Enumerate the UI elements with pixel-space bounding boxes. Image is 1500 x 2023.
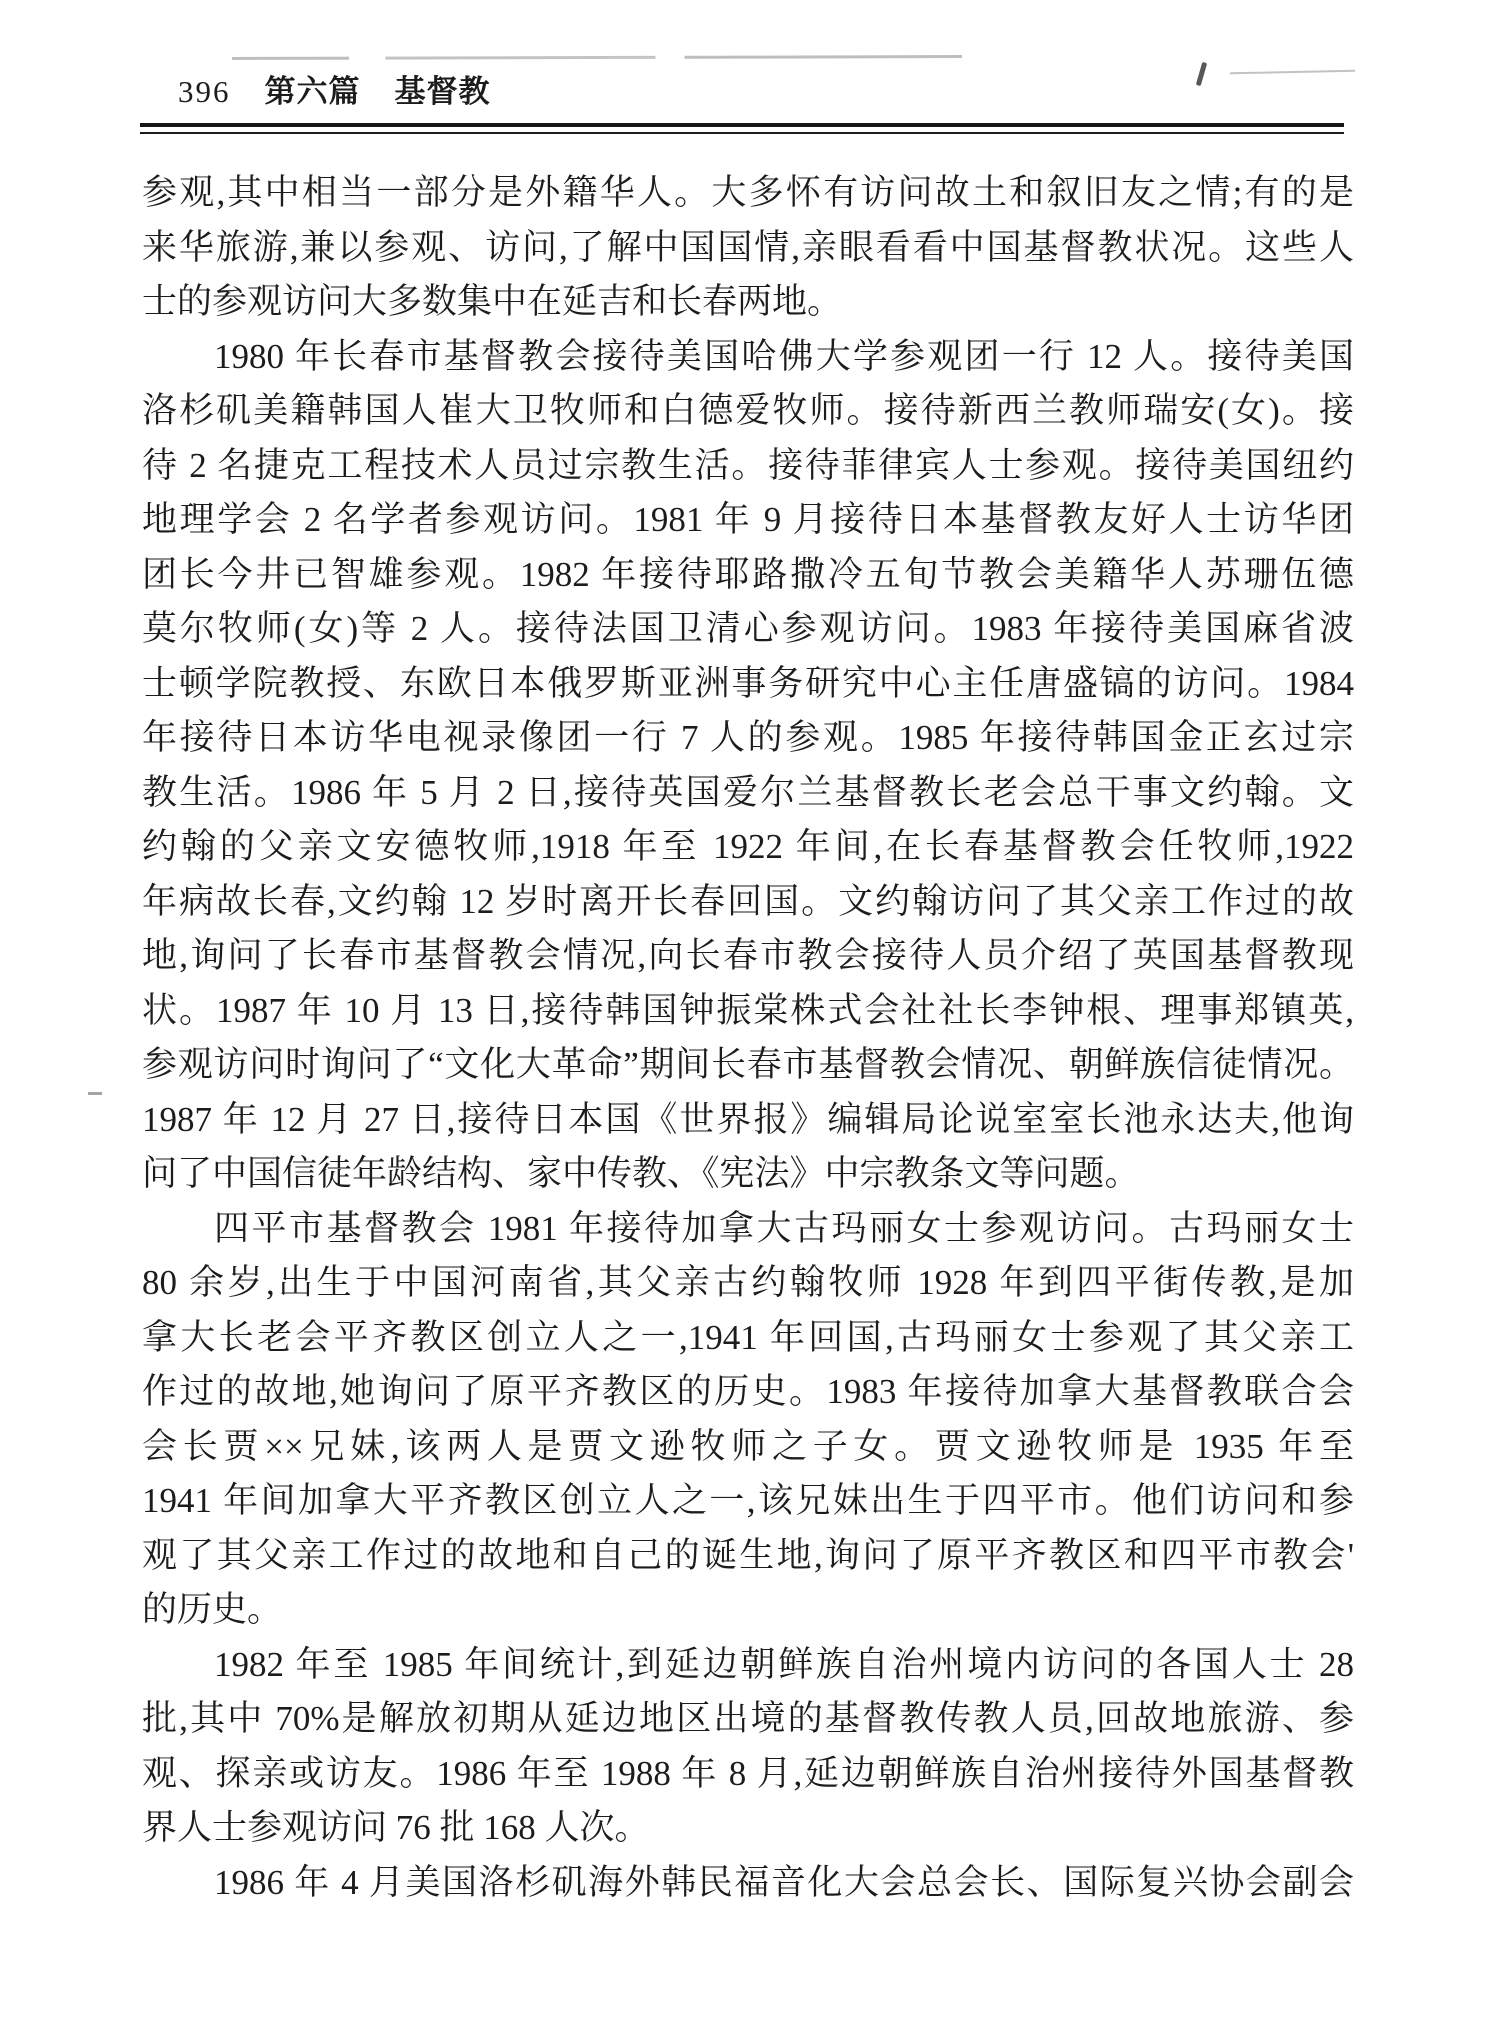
text-line: 年病故长春,文约翰 12 岁时离开长春回国。文约翰访问了其父亲工作过的故 bbox=[142, 875, 1354, 930]
text-line: 会长贾××兄妹,该两人是贾文逊牧师之子女。贾文逊牧师是 1935 年至 bbox=[142, 1420, 1354, 1475]
body-text: 参观,其中相当一部分是外籍华人。大多怀有访问故土和叙旧友之情;有的是来华旅游,兼… bbox=[142, 166, 1354, 1910]
text-line: 观了其父亲工作过的故地和自己的诞生地,询问了原平齐教区和四平市教会' bbox=[142, 1529, 1354, 1584]
text-line: 地理学会 2 名学者参观访问。1981 年 9 月接待日本基督教友好人士访华团 bbox=[142, 493, 1354, 548]
scan-artifact-line bbox=[1230, 70, 1355, 75]
running-header: 396 第六篇 基督教 bbox=[178, 74, 491, 110]
text-line: 作过的故地,她询问了原平齐教区的历史。1983 年接待加拿大基督教联合会 bbox=[142, 1365, 1354, 1420]
text-line: 参观,其中相当一部分是外籍华人。大多怀有访问故土和叙旧友之情;有的是 bbox=[142, 166, 1354, 221]
text-line: 1987 年 12 月 27 日,接待日本国《世界报》编辑局论说室室长池永达夫,… bbox=[142, 1093, 1354, 1148]
scan-artifact-line bbox=[232, 55, 962, 60]
text-line: 的历史。 bbox=[142, 1583, 1354, 1638]
scan-artifact-mark bbox=[1196, 62, 1207, 86]
header-rule bbox=[140, 123, 1344, 134]
text-line: 莫尔牧师(女)等 2 人。接待法国卫清心参观访问。1983 年接待美国麻省波 bbox=[142, 602, 1354, 657]
book-page: 396 第六篇 基督教 参观,其中相当一部分是外籍华人。大多怀有访问故土和叙旧友… bbox=[0, 0, 1500, 2023]
text-line: 地,询问了长春市基督教会情况,向长春市教会接待人员介绍了英国基督教现 bbox=[142, 929, 1354, 984]
text-line: 拿大长老会平齐教区创立人之一,1941 年回国,古玛丽女士参观了其父亲工 bbox=[142, 1311, 1354, 1366]
text-line: 批,其中 70%是解放初期从延边地区出境的基督教传教人员,回故地旅游、参 bbox=[142, 1692, 1354, 1747]
text-line: 士顿学院教授、东欧日本俄罗斯亚洲事务研究中心主任唐盛镐的访问。1984 bbox=[142, 657, 1354, 712]
text-line: 状。1987 年 10 月 13 日,接待韩国钟振棠株式会社社长李钟根、理事郑镇… bbox=[142, 984, 1354, 1039]
text-line: 界人士参观访问 76 批 168 人次。 bbox=[142, 1801, 1354, 1856]
text-line: 待 2 名捷克工程技术人员过宗教生活。接待菲律宾人士参观。接待美国纽约 bbox=[142, 439, 1354, 494]
text-line: 1941 年间加拿大平齐教区创立人之一,该兄妹出生于四平市。他们访问和参 bbox=[142, 1474, 1354, 1529]
text-line: 年接待日本访华电视录像团一行 7 人的参观。1985 年接待韩国金正玄过宗 bbox=[142, 711, 1354, 766]
text-line: 问了中国信徒年龄结构、家中传教、《宪法》中宗教条文等问题。 bbox=[142, 1147, 1354, 1202]
text-line: 观、探亲或访友。1986 年至 1988 年 8 月,延边朝鲜族自治州接待外国基… bbox=[142, 1747, 1354, 1802]
text-line: 教生活。1986 年 5 月 2 日,接待英国爱尔兰基督教长老会总干事文约翰。文 bbox=[142, 766, 1354, 821]
page-number: 396 bbox=[178, 74, 231, 110]
text-line: 洛杉矶美籍韩国人崔大卫牧师和白德爱牧师。接待新西兰教师瑞安(女)。接 bbox=[142, 384, 1354, 439]
text-line: 约翰的父亲文安德牧师,1918 年至 1922 年间,在长春基督教会任牧师,19… bbox=[142, 820, 1354, 875]
chapter-title: 基督教 bbox=[395, 74, 491, 110]
text-line: 士的参观访问大多数集中在延吉和长春两地。 bbox=[142, 275, 1354, 330]
text-line: 来华旅游,兼以参观、访问,了解中国国情,亲眼看看中国基督教状况。这些人 bbox=[142, 221, 1354, 276]
text-line: 1986 年 4 月美国洛杉矶海外韩民福音化大会总会长、国际复兴协会副会 bbox=[142, 1856, 1354, 1911]
scan-artifact-dash bbox=[88, 1092, 102, 1095]
text-line: 1980 年长春市基督教会接待美国哈佛大学参观团一行 12 人。接待美国 bbox=[142, 330, 1354, 385]
section-title: 第六篇 bbox=[265, 74, 361, 110]
text-line: 四平市基督教会 1981 年接待加拿大古玛丽女士参观访问。古玛丽女士 bbox=[142, 1202, 1354, 1257]
text-line: 1982 年至 1985 年间统计,到延边朝鲜族自治州境内访问的各国人士 28 bbox=[142, 1638, 1354, 1693]
text-line: 80 余岁,出生于中国河南省,其父亲古约翰牧师 1928 年到四平街传教,是加 bbox=[142, 1256, 1354, 1311]
text-line: 团长今井已智雄参观。1982 年接待耶路撒冷五旬节教会美籍华人苏珊伍德 bbox=[142, 548, 1354, 603]
text-line: 参观访问时询问了“文化大革命”期间长春市基督教会情况、朝鲜族信徒情况。 bbox=[142, 1038, 1354, 1093]
